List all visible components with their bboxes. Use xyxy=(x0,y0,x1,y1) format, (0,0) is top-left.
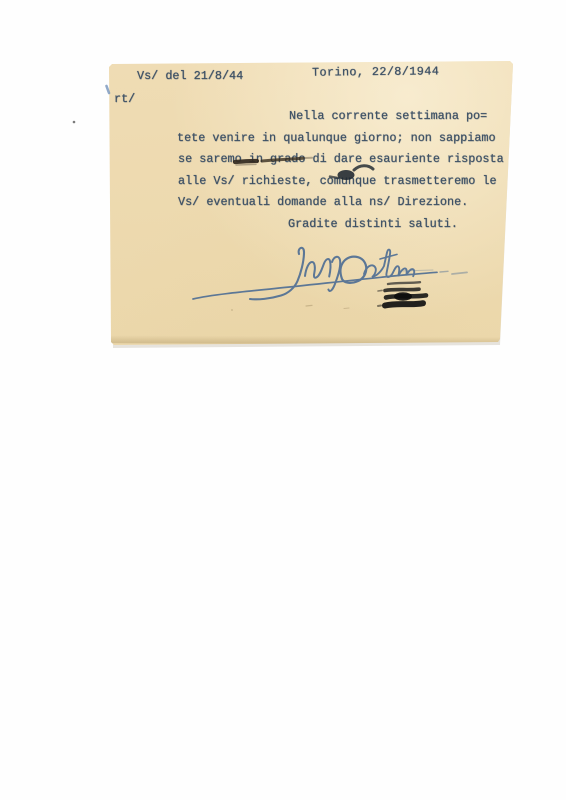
typist-initials: rt/ xyxy=(114,92,135,107)
closing-line: Gradite distinti saluti. xyxy=(288,217,458,232)
body-line: alle Vs/ richieste, comunque trasmettere… xyxy=(178,174,497,189)
body-line: tete venire in qualunque giorno; non sap… xyxy=(177,131,496,146)
scanned-page: Vs/ del 21/8/44 Torino, 22/8/1944 rt/ Ne… xyxy=(0,0,566,800)
reference-line: Vs/ del 21/8/44 xyxy=(137,69,243,84)
dateline: Torino, 22/8/1944 xyxy=(312,64,439,80)
body-line: Vs/ eventuali domande alla ns/ Direzione… xyxy=(178,195,468,210)
body-line: se saremo in grado di dare esauriente ri… xyxy=(178,152,504,167)
body-line: Nella corrente settimana po= xyxy=(289,109,487,124)
